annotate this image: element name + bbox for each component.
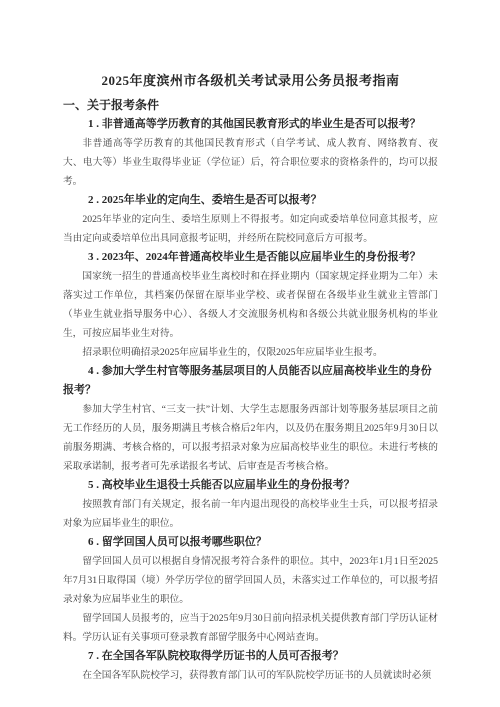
question-heading: 7 . 在全国各军队院校取得学历证书的人员可否报考？ <box>63 647 438 666</box>
answer-paragraph: 在全国各军队院校学习，获得教育部门认可的军队院校学历证书的人员就读时必须 <box>63 666 438 685</box>
qa-item-2: 2 . 2025年毕业的定向生、委培生是否可以报考？ 2025年毕业的定向生、委… <box>63 191 438 248</box>
answer-paragraph: 招录职位明确招录2025年应届毕业生的，仅限2025年应届毕业生报考。 <box>63 343 438 362</box>
question-heading: 5 . 高校毕业生退役士兵能否以应届毕业生的身份报考？ <box>63 476 438 495</box>
answer-paragraph: 留学回国人员可以根据自身情况报考符合条件的职位。其中，2023年1月1日至202… <box>63 552 438 609</box>
qa-item-3: 3 . 2023年、2024年普通高校毕业生是否能以应届毕业生的身份报考？ 国家… <box>63 248 438 362</box>
question-heading: 1 . 非普通高等学历教育的其他国民教育形式的毕业生是否可以报考？ <box>63 115 438 134</box>
answer-paragraph: 留学回国人员报考的，应当于2025年9月30日前向招录机关提供教育部门学历认证材… <box>63 609 438 647</box>
question-heading: 2 . 2025年毕业的定向生、委培生是否可以报考？ <box>63 191 438 210</box>
answer-paragraph: 参加大学生村官、“三支一扶”计划、大学生志愿服务西部计划等服务基层项目之前无工作… <box>63 400 438 476</box>
section-heading: 一、关于报考条件 <box>63 96 438 115</box>
answer-paragraph: 2025年毕业的定向生、委培生原则上不得报考。如定向或委培单位同意其报考，应当由… <box>63 210 438 248</box>
qa-item-4: 4 . 参加大学生村官等服务基层项目的人员能否以应届高校毕业生的身份报考？ 参加… <box>63 362 438 476</box>
qa-item-5: 5 . 高校毕业生退役士兵能否以应届毕业生的身份报考？ 按照教育部门有关规定，报… <box>63 476 438 533</box>
question-heading: 4 . 参加大学生村官等服务基层项目的人员能否以应届高校毕业生的身份报考？ <box>63 362 438 400</box>
document-page: 2025年度滨州市各级机关考试录用公务员报考指南 一、关于报考条件 1 . 非普… <box>0 0 500 707</box>
question-heading: 6 . 留学回国人员可以报考哪些职位？ <box>63 533 438 552</box>
qa-item-7: 7 . 在全国各军队院校取得学历证书的人员可否报考？ 在全国各军队院校学习，获得… <box>63 647 438 685</box>
answer-paragraph: 非普通高等学历教育的其他国民教育形式（自学考试、成人教育、网络教育、夜大、电大等… <box>63 134 438 191</box>
question-heading: 3 . 2023年、2024年普通高校毕业生是否能以应届毕业生的身份报考？ <box>63 248 438 267</box>
answer-paragraph: 国家统一招生的普通高校毕业生离校时和在择业期内（国家规定择业期为二年）未落实过工… <box>63 267 438 343</box>
qa-item-6: 6 . 留学回国人员可以报考哪些职位？ 留学回国人员可以根据自身情况报考符合条件… <box>63 533 438 647</box>
doc-title: 2025年度滨州市各级机关考试录用公务员报考指南 <box>63 71 438 90</box>
qa-item-1: 1 . 非普通高等学历教育的其他国民教育形式的毕业生是否可以报考？ 非普通高等学… <box>63 115 438 191</box>
answer-paragraph: 按照教育部门有关规定，报名前一年内退出现役的高校毕业生士兵，可以报考招录对象为应… <box>63 495 438 533</box>
